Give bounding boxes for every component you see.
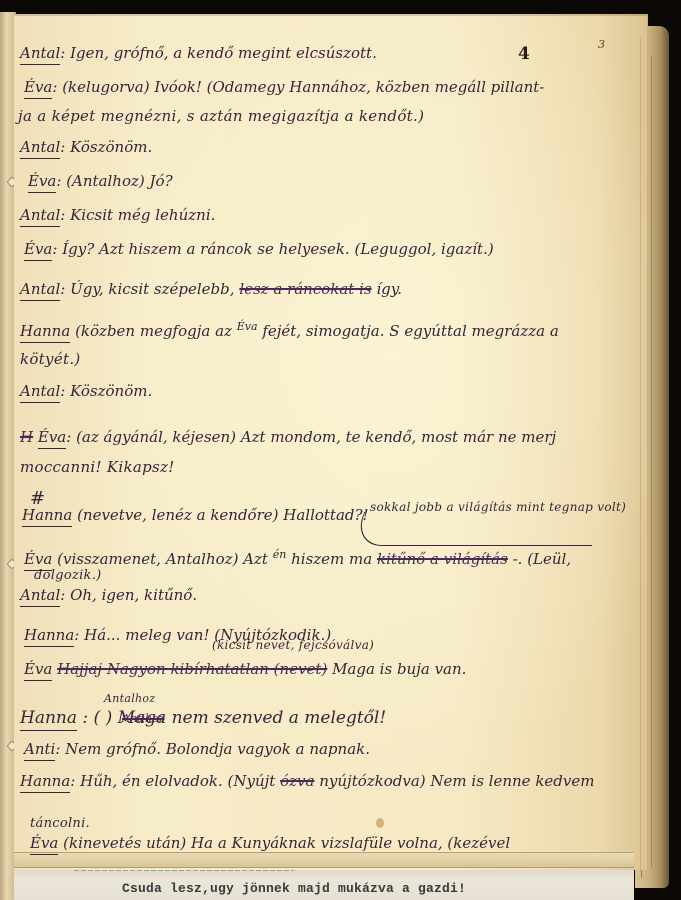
dialogue-text: : Köszönöm. [60, 138, 152, 156]
dialogue-text-after: -. (Leül, [508, 550, 571, 568]
inserted-word: Éva [237, 320, 258, 333]
dialogue-text: : (kelugorva) Ivóok! (Odamegy Hannához, … [52, 78, 544, 96]
speaker-name: Éva [30, 834, 58, 855]
paper-stain [376, 818, 384, 828]
dialogue-line: Hanna (közben megfogja az Éva fejét, sim… [20, 320, 559, 340]
dialogue-text: : Úgy, kicsit szépelebb, [60, 280, 234, 298]
dialogue-line: Antal: Igen, grófnő, a kendő megint elcs… [20, 44, 377, 62]
speaker-name: Hanna [20, 708, 77, 731]
inserted-word: Antalhoz [104, 692, 155, 705]
speaker-name: Éva [24, 240, 52, 261]
struck-text: kitűnő a világítás [377, 550, 508, 568]
struck-text: lesz a ráncokat is [239, 280, 371, 298]
typed-line: Csuda lesz,ugy jönnek majd mukázva a gaz… [122, 881, 466, 896]
page-number: 4 [518, 44, 530, 64]
speaker-name: Éva [38, 428, 66, 449]
speaker-name: Éva [24, 660, 52, 681]
speaker-name: Antal [20, 382, 60, 403]
dialogue-text: : Oh, igen, kitűnő. [60, 586, 197, 604]
dialogue-continuation: ja a képet megnézni, s aztán megigazítja… [18, 107, 424, 125]
dialogue-text-after: nyújtózkodva) Nem is lenne kedvem [314, 772, 594, 790]
dialogue-line: Antal: Oh, igen, kitűnő. [20, 586, 197, 604]
speaker-name: Éva [28, 172, 56, 193]
dialogue-line: Éva: (kelugorva) Ivóok! (Odamegy Hannáho… [24, 78, 544, 96]
dialogue-continuation: dolgozik.) [34, 568, 102, 583]
dialogue-text-after: fejét, simogatja. S egyúttal megrázza a [258, 322, 559, 340]
speaker-name: Antal [20, 280, 60, 301]
dialogue-text: (nevetve, lenéz a kendőre) Hallottad?! [72, 506, 368, 524]
dialogue-text: : (az ágyánál, kéjesen) Azt mondom, te k… [66, 428, 556, 446]
dialogue-text: (visszamenet, Antalhoz) Azt [52, 550, 268, 568]
dialogue-line: Anti: Nem grófnő. Bolondja vagyok a napn… [24, 740, 370, 758]
dialogue-text: : Kicsit még lehúzni. [60, 206, 215, 224]
dialogue-line: Hanna: Hűh, én elolvadok. (Nyújt ózva ny… [20, 772, 594, 790]
speaker-name: Antal [20, 206, 60, 227]
speaker-name: Anti [24, 740, 55, 761]
dialogue-text: (kinevetés után) Ha a Kunyáknak vizslafü… [58, 834, 510, 852]
dialogue-continuation: moccanni! Kikapsz! [20, 458, 175, 476]
dialogue-line: Éva: (Antalhoz) Jó? [28, 172, 173, 190]
dialogue-text: : Igen, grófnő, a kendő megint elcsúszot… [60, 44, 377, 62]
dialogue-line: Antal: Köszönöm. [20, 138, 152, 156]
dialogue-text: : Köszönöm. [60, 382, 152, 400]
dialogue-text: Maga is buja van. [327, 660, 466, 678]
stage-direction-annotation: (kicsit nevet, fejcsóválva) [212, 638, 374, 652]
dialogue-text: : Hűh, én elolvadok. (Nyújt [70, 772, 275, 790]
dialogue-text: : (Antalhoz) Jó? [56, 172, 172, 190]
dialogue-line: H Éva: (az ágyánál, kéjesen) Azt mondom,… [20, 428, 556, 446]
dialogue-continuation: táncolni. [30, 816, 90, 831]
dialogue-text: : Nem grófnő. Bolondja vagyok a napnak. [55, 740, 370, 758]
speaker-name: Hanna [20, 772, 70, 793]
speaker-name: Antal [20, 44, 60, 65]
dialogue-line: Éva: Így? Azt hiszem a ráncok se helyese… [24, 240, 494, 258]
inserted-word: én [273, 548, 287, 561]
dialogue-line: Antal: Úgy, kicsit szépelebb, lesz a rán… [20, 280, 402, 298]
struck-text: Hajjaj Nagyon kibírhatatlan (nevet) [57, 660, 327, 678]
dialogue-continuation: kötyét.) [20, 350, 81, 368]
speaker-name: Hanna [22, 506, 72, 527]
dialogue-text-after: hiszem ma [286, 550, 372, 568]
dialogue-line: Antal: Kicsit még lehúzni. [20, 206, 215, 224]
underlying-typed-page: Csuda lesz,ugy jönnek majd mukázva a gaz… [14, 866, 634, 900]
speaker-name: Antal [20, 586, 60, 607]
dialogue-line: Éva (visszamenet, Antalhoz) Azt én hisze… [24, 548, 571, 568]
scan-background: Csuda lesz,ugy jönnek majd mukázva a gaz… [0, 0, 681, 900]
dialogue-text: (közben megfogja az [70, 322, 232, 340]
struck-text: Antihoz [122, 712, 164, 725]
dialogue-text-after: így. [372, 280, 402, 298]
dialogue-text: : Így? Azt hiszem a ráncok se helyesek. … [52, 240, 493, 258]
dialogue-line: Antal: Köszönöm. [20, 382, 152, 400]
insertion-bracket [352, 512, 604, 546]
dialogue-line: Éva (kinevetés után) Ha a Kunyáknak vizs… [30, 834, 510, 852]
struck-prefix: H [20, 428, 33, 446]
dialogue-line: Hanna (nevetve, lenéz a kendőre) Hallott… [22, 506, 369, 524]
speaker-name: Hanna [20, 322, 70, 343]
page-number-corner: 3 [598, 38, 605, 51]
struck-text: ózva [280, 772, 314, 790]
speaker-name: Antal [20, 138, 60, 159]
speaker-name: Éva [24, 78, 52, 99]
sheet-fold [640, 38, 641, 870]
dialogue-line: Éva Hajjaj Nagyon kibírhatatlan (nevet) … [24, 660, 466, 678]
dialogue-line: Hanna Antihoz: ( ) Maga nem szenved a me… [20, 708, 386, 728]
page-bottom-edge [14, 852, 634, 868]
speaker-name: Hanna [24, 626, 74, 647]
